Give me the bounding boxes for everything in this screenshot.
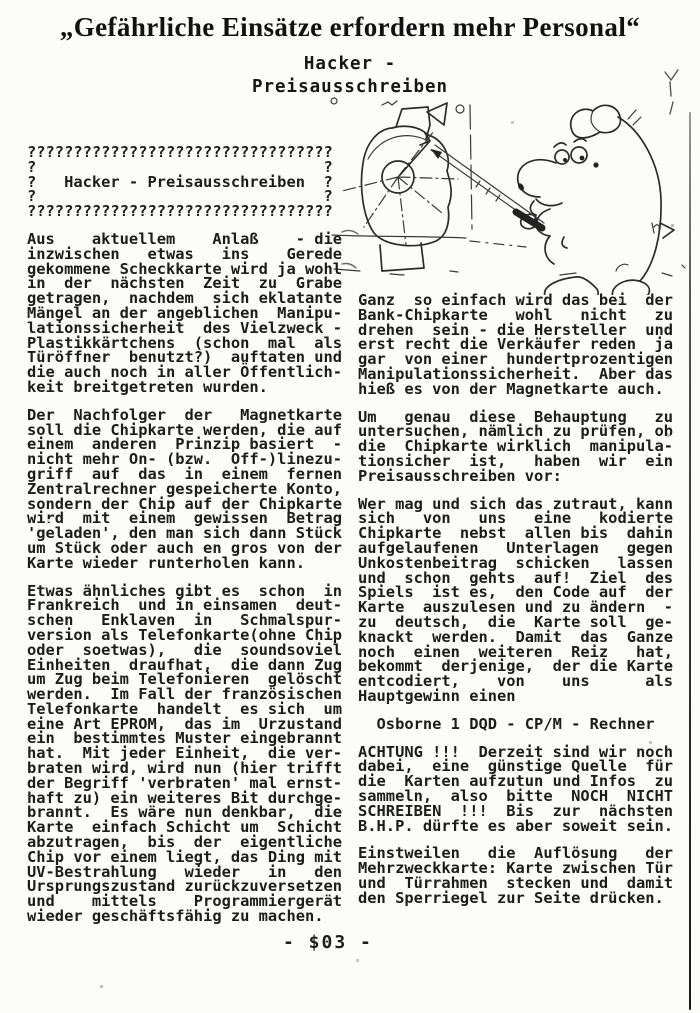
paragraph-telefonkarte: Etwas ähnliches gibt es schon in Frankre… xyxy=(27,584,342,924)
doc-title-line1: Hacker - xyxy=(0,53,700,76)
doc-title: Hacker - Preisausschreiben xyxy=(0,53,700,99)
scan-noise xyxy=(0,0,1,1)
cartoon-illustration xyxy=(330,95,700,295)
paragraph-intro-scheckkarte: Aus aktuellem Anlaß - die inzwischen etw… xyxy=(27,232,342,395)
prize-line: Osborne 1 DQD - CP/M - Rechner xyxy=(358,717,673,732)
ascii-question-box: ????????????????????????????????? ? ? ? … xyxy=(27,145,342,219)
paragraph-aufloesung: Einstweilen die Auflösung der Mehrzweckk… xyxy=(358,846,673,905)
scan-scratch-marks xyxy=(640,60,700,120)
paragraph-chipkarte: Der Nachfolger der Magnetkarte soll die … xyxy=(27,408,342,571)
scan-margin-marks xyxy=(338,224,362,274)
scan-edge-line xyxy=(689,112,691,1010)
left-column: ????????????????????????????????? ? ? ? … xyxy=(27,145,342,937)
paragraph-preisausschreiben: Wer mag und sich das zutraut, kann sich … xyxy=(358,497,673,704)
scanned-document-page: „Gefährliche Einsätze erfordern mehr Per… xyxy=(0,0,700,1013)
page-headline: „Gefährliche Einsätze erfordern mehr Per… xyxy=(0,12,700,43)
page-number: - $03 - xyxy=(283,936,373,951)
paragraph-behauptung: Um genau diese Behauptung zu untersuchen… xyxy=(358,410,673,484)
paragraph-achtung: ACHTUNG !!! Derzeit sind wir noch dabei,… xyxy=(358,745,673,834)
right-column: Ganz so einfach wird das bei der Bank-Ch… xyxy=(358,293,673,918)
paragraph-bank-chipkarte: Ganz so einfach wird das bei der Bank-Ch… xyxy=(358,293,673,397)
